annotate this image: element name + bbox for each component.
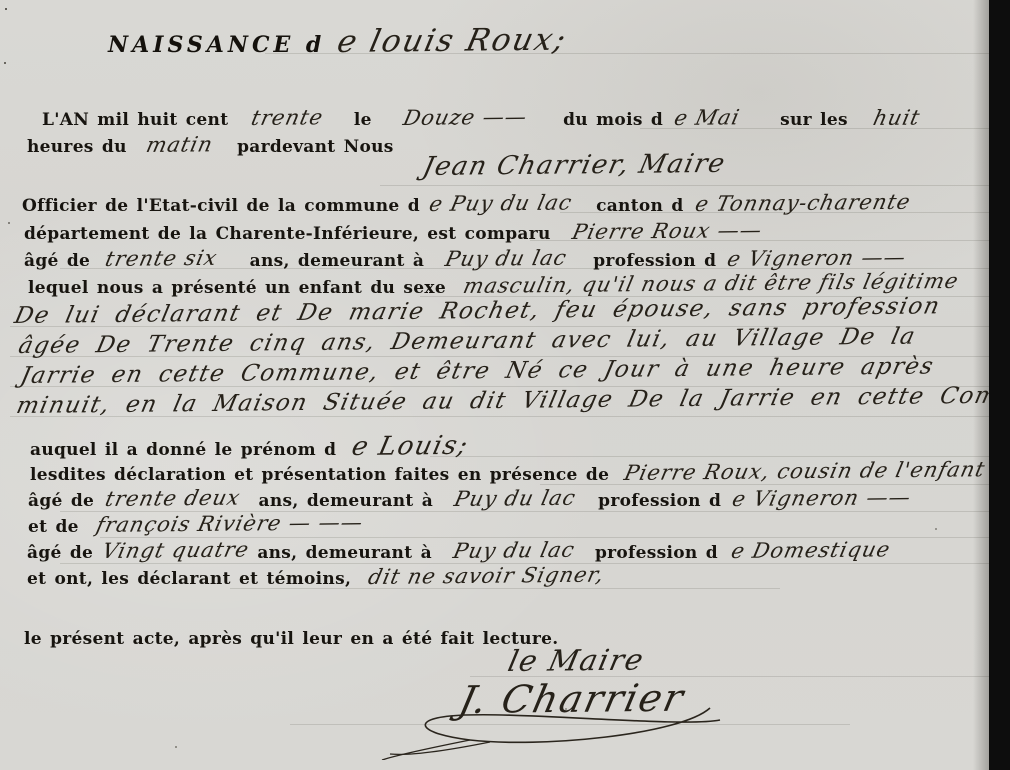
printed-profession-label: profession d [598,491,721,511]
printed-signdecl-label: et ont, les déclarant et témoins, [27,569,351,589]
guide-line [430,456,1005,457]
handwritten-witness2-residence: Puy du lac [451,538,577,563]
printed-year-label: L'AN mil huit cent [42,110,228,130]
handwritten-prenom: e Louis; [349,431,472,462]
handwritten-lemaire: le Maire [505,643,648,678]
printed-commune-label: Officier de l'Etat-civil de la commune d [22,196,420,216]
signature-declaration-line: et ont, les déclarant et témoins, dit ne… [27,565,601,589]
scan-black-edge [989,0,1010,770]
civil-line-1: Officier de l'Etat-civil de la commune d… [22,192,907,216]
naming-line: auquel il a donné le prénom d e Louis; [30,432,465,462]
scanned-birth-record: NAISSANCE d e louis Roux; L'AN mil huit … [0,0,1010,770]
printed-pardevant: pardevant Nous [237,137,394,157]
printed-age-label: âgé de [28,491,94,511]
handwritten-text: De lui déclarant et De marie Rochet, feu… [12,293,943,329]
civil-line-2: département de la Charente-Inférieure, e… [24,220,759,244]
handwritten-witness2-profession: e Domestique [729,537,893,563]
lemaire-line: le Maire [505,644,640,678]
officer-line: Jean Charrier, Maire [420,152,721,182]
printed-month-label: du mois d [563,110,663,130]
handwritten-signdecl: dit ne savoir Signer, [366,563,607,589]
printed-departement: département de la Charente-Inférieure, e… [24,224,551,244]
handwritten-declarant-profession: e Vigneron —— [725,245,909,271]
witness1-line-1: lesdites déclaration et présentation fai… [30,461,982,485]
printed-presence-label: lesdites déclaration et présentation fai… [30,465,609,485]
civil-line-3: âgé de trente six ans, demeurant à Puy d… [24,247,903,271]
opening-line-1: L'AN mil huit cent trente le Douze —— du… [42,106,917,130]
handwritten-hour: huit [871,106,923,130]
witness1-line-2: âgé de trente deux ans, demeurant à Puy … [28,487,908,511]
printed-age-label: âgé de [27,543,93,563]
handwritten-month: e Mai [672,105,742,130]
handwritten-declarant-age: trente six [103,246,220,271]
handwritten-commune: e Puy du lac [427,191,575,216]
handwritten-year: trente [249,105,326,130]
handwritten-day: Douze —— [401,105,530,130]
handwritten-paragraph-line-4: minuit, en la Maison Située au dit Villa… [14,393,1002,419]
witness2-line-1: et de françois Rivière — —— [28,513,360,537]
printed-age-label: âgé de [24,251,90,271]
printed-etde-label: et de [28,517,79,537]
handwritten-declarant-residence: Puy du lac [443,246,569,271]
handwritten-witness1-name: Pierre Roux, cousin de l'enfant [622,457,988,485]
printed-demeurant-label: ans, demeurant à [257,543,432,563]
opening-line-2: heures du matin pardevant Nous [27,133,394,157]
printed-canton-label: canton d [596,196,683,216]
page-edge-shadow [973,0,989,770]
handwritten-witness1-age: trente deux [103,486,243,511]
printed-profession-label: profession d [593,251,716,271]
handwritten-witness1-residence: Puy du lac [452,486,578,511]
title-line: NAISSANCE d e louis Roux; [108,24,563,60]
handwritten-daypart: matin [144,132,216,157]
signature-flourish [380,690,740,760]
child-name-handwritten: e louis Roux; [334,22,571,60]
handwritten-witness1-profession: e Vigneron —— [730,485,914,511]
handwritten-declarant-name: Pierre Roux —— [570,218,765,244]
printed-demeurant-label: ans, demeurant à [259,491,434,511]
handwritten-canton: e Tonnay-charente [693,190,913,216]
printed-surles: sur les [780,110,848,130]
printed-prenom-label: auquel il a donné le prénom d [30,440,336,460]
title-printed-text: NAISSANCE d [108,32,325,58]
closing-line: le présent acte, après qu'il leur en a é… [24,629,559,649]
printed-lecture-statement: le présent acte, après qu'il leur en a é… [24,629,559,649]
handwritten-witness2-name: françois Rivière — —— [94,510,366,537]
handwritten-witness2-age: Vingt quatre [100,537,252,563]
guide-line [380,185,1005,186]
printed-demeurant-label: ans, demeurant à [250,251,425,271]
printed-heures: heures du [27,137,127,157]
witness2-line-2: âgé de Vingt quatre ans, demeurant à Puy… [27,539,887,563]
printed-le: le [354,110,372,130]
paper-speckles [5,8,7,10]
handwritten-officer-name: Jean Charrier, Maire [420,149,729,182]
printed-profession-label: profession d [595,543,718,563]
printed-sexe-label: lequel nous a présenté un enfant du sexe [28,278,446,298]
